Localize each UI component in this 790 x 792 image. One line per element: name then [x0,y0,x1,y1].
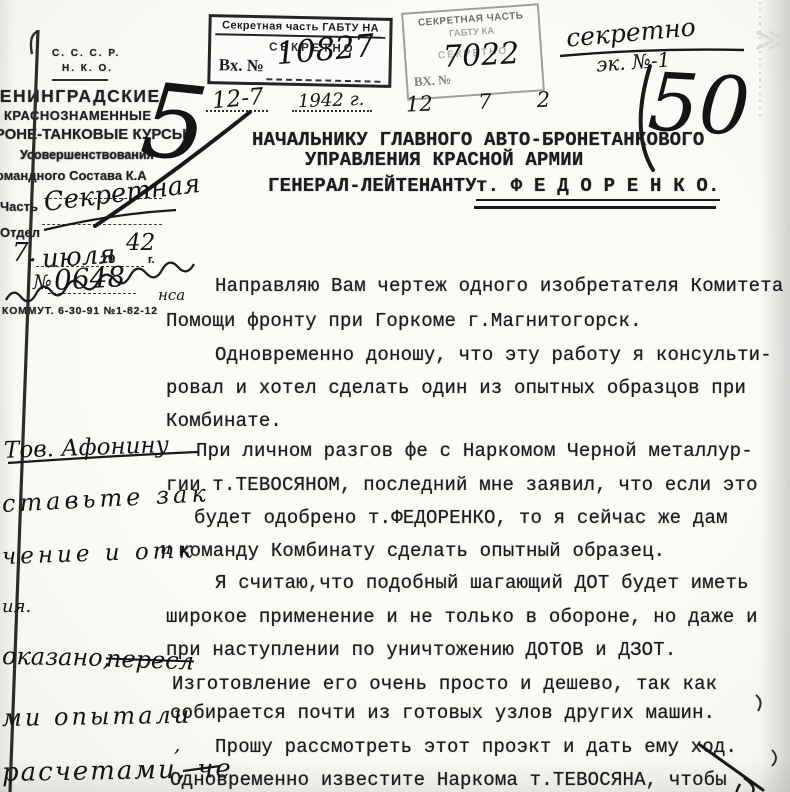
margin-note: ми опытали [2,701,193,732]
letter-line: ровал и хотел сделать один из опытных об… [166,378,746,398]
letter-line: Я считаю,что подобный шагающий ДОТ будет… [215,573,749,593]
stamp2-incoming-number-handwritten: 7022 [442,36,520,75]
letterhead-name-2: КРАСНОЗНАМЕННЫЕ [4,108,152,123]
secret-handwritten: секретно [565,12,697,52]
margin-note-struck: пересл [106,644,195,675]
big-fifty-mark: 50 [646,55,753,153]
margin-note: и [160,538,172,559]
letterhead-org: Н. К. О. [62,63,113,74]
letter-line: гии т.ТЕВОСЯНОМ, последний мне заявил, ч… [166,475,758,495]
letter-line: Изготовление его очень просто и дешево, … [172,674,717,694]
letterhead-part-label: Часть [0,199,38,214]
margin-note: , [174,732,180,756]
stamp1-dashed-line [266,78,380,82]
margin-note: ставьте зак [1,479,210,518]
letter-line: Направляю Вам чертеж одного изобретателя… [215,276,784,296]
doc-number-handwritten: 0648 [53,260,126,297]
margin-note: нса [158,286,185,304]
heading-line-2: УПРАВЛЕНИЯ КРАСНОЙ АРМИИ [305,150,583,170]
letterhead-country: С. С. С. Р. [52,48,120,59]
letter-line: будет одобрено т.ФЕДОРЕНКО, то я сейчас … [194,508,728,528]
letterhead-name-4: Усовершенствования [20,148,154,162]
margin-note: ия. [2,596,31,617]
letter-line: Прошу рассмотреть этот проэкт и дать ему… [215,737,737,757]
big-five-mark: 5 [136,61,213,186]
margin-note: Тов. Афонину [4,432,170,464]
letter-line: При личном разгов фе с Наркомом Черной м… [196,441,753,461]
letterhead-year-handwritten: 42 [126,230,155,256]
doc-number-sign-handwritten: № [33,270,52,294]
stamp1-date-day-handwritten: 12-7 [211,84,265,114]
letter-line: Одновременно известите Наркома т.ТЕВОСЯН… [170,770,727,790]
letter-line: собирается почти из готовых узлов других… [170,703,715,723]
scanned-letter-page: ≫ С. С. С. Р. Н. К. О. ЛЕНИНГРАДСКИЕ КРА… [0,0,790,792]
left-border-hook [31,31,39,54]
letter-line: Одновременно доношу, что эту работу я ко… [215,345,772,365]
margin-note: оказано, [2,642,111,672]
letter-line: широкое применение и не только в обороне… [166,607,758,627]
stamp1-incoming-label: Вх. № [218,55,264,76]
letterhead-name-1: ЛЕНИНГРАДСКИЕ [0,86,161,107]
stamp2-date-handwritten: 12 7 2 [406,87,551,116]
heading-line-1: НАЧАЛЬНИКУ ГЛАВНОГО АВТО-БРОНЕТАНКОВОГО [252,130,704,150]
letterhead-day-handwritten: 7. [12,238,37,268]
letter-line: команду Комбинату сделать опытный образе… [178,541,665,561]
letterhead-rule [52,79,108,81]
letter-line: при наступлении по уничтожению ДОТОВ и Д… [166,640,676,660]
stamp1-date-year-handwritten: 1942 г. [298,89,365,112]
bottom-flourish-curl [736,778,753,792]
margin-tick-1 [756,695,761,711]
margin-tick-2 [772,750,776,766]
letter-line: Комбинате. [166,411,282,431]
margin-note: расчетами, че [2,754,233,788]
corner-chevron-icon: ≫ [754,20,790,60]
heading-line-3-name: т. Ф Е Д О Р Е Н К О. [476,176,720,201]
left-border-line [10,30,38,792]
heading-line-3-rank: ГЕНЕРАЛ-ЛЕЙТЕНАНТУ [268,176,477,196]
letter-line: Помощи фронту при Горкоме г.Магнитогорск… [166,311,642,331]
heading-double-underline [474,206,716,209]
letterhead-phone: КОММУТ. 6-30-91 №1-82-12 [2,305,158,317]
